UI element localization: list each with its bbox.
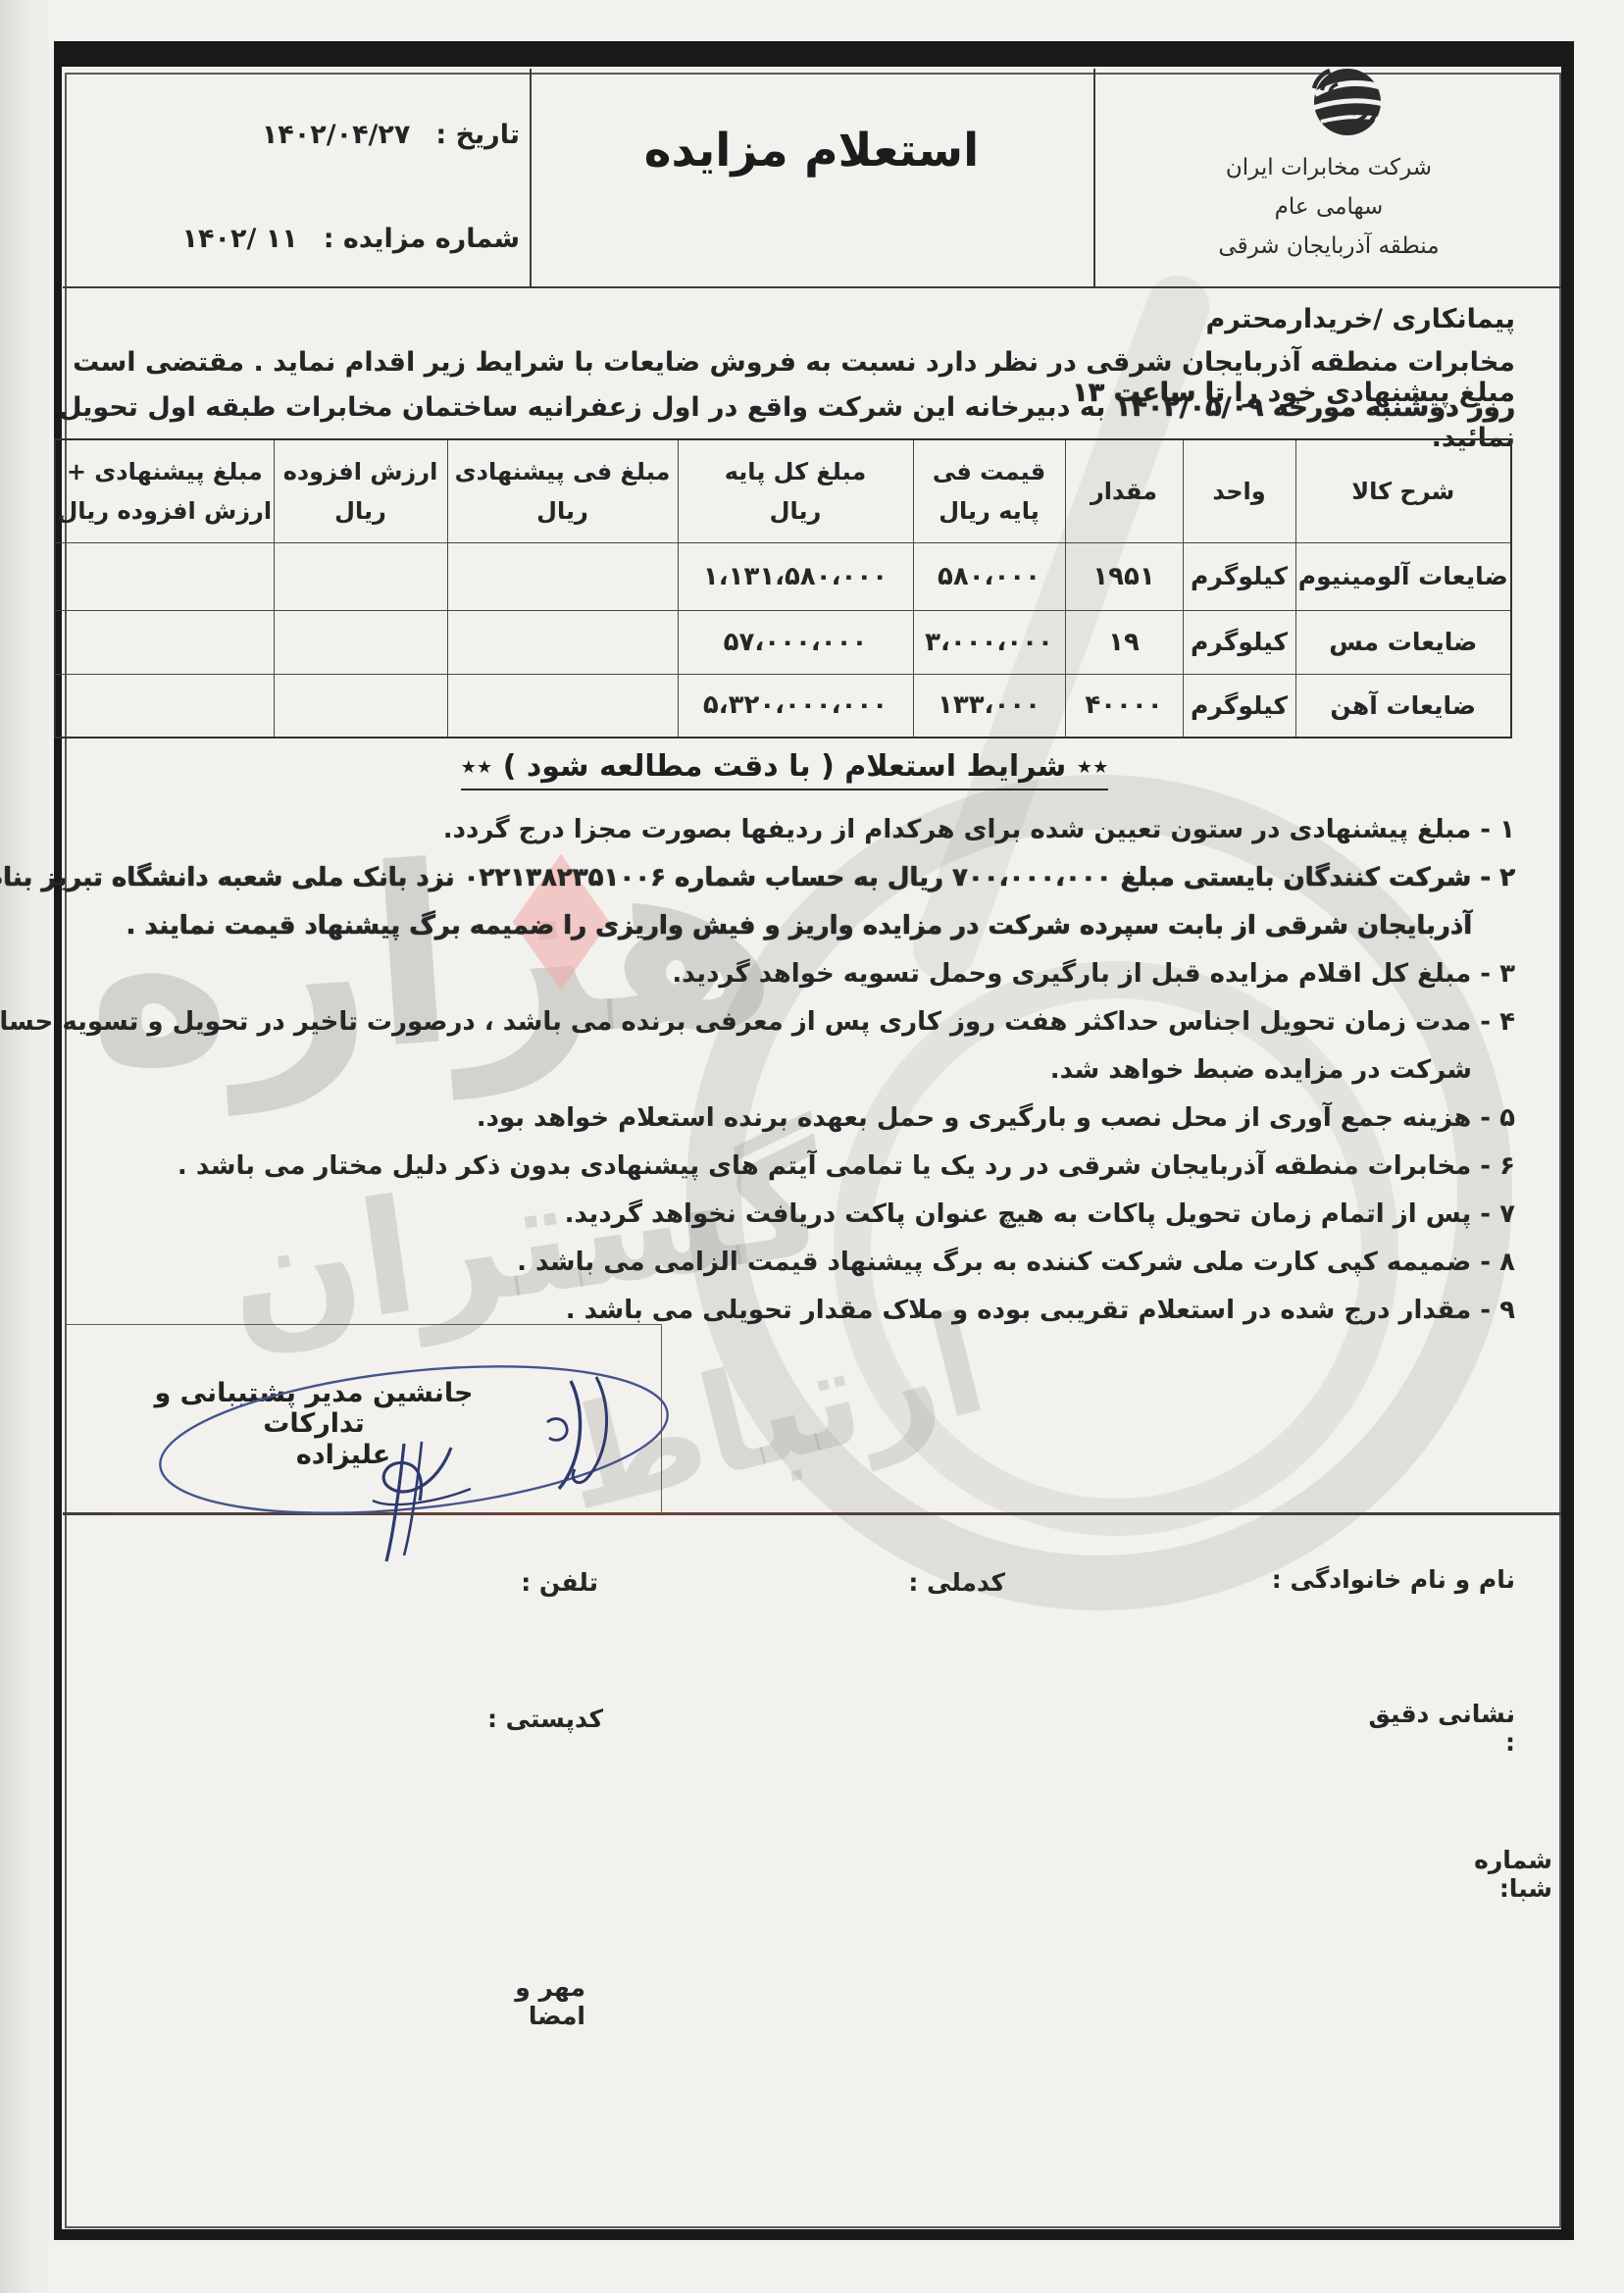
tender-number-label: شماره مزایده :: [324, 224, 520, 254]
company-type: سهامی عام: [1098, 194, 1559, 220]
address-label: نشانی دقیق :: [1351, 1700, 1515, 1757]
cell-base-total: ۵۷،۰۰۰،۰۰۰: [678, 610, 913, 674]
stamp-and-signature-label: مهر و امضا: [473, 1973, 585, 2030]
cell-bid-plus-vat: [55, 542, 274, 610]
header-bottom-line: [63, 286, 1561, 288]
table-row: ضایعات آلومینیوم کیلوگرم ۱۹۵۱ ۵۸۰،۰۰۰ ۱،…: [55, 542, 1511, 610]
intro-line-2-emphasis: روز دوشنبه مورخه ۱۴۰۲/۰۵/۰۹: [1115, 392, 1515, 423]
intro-greeting: پیمانکاری /خریدارمحترم: [883, 304, 1515, 334]
header-divider-left: [530, 69, 532, 286]
items-table: شرح کالا واحد مقدار قیمت فیپایه ریال مبل…: [54, 438, 1512, 739]
table-header-row: شرح کالا واحد مقدار قیمت فیپایه ریال مبل…: [55, 439, 1511, 542]
column-header-bid-plus-vat: مبلغ پیشنهادی +ارزش افزوده ریال: [55, 439, 274, 542]
column-header-bid-unit-price: مبلغ فی پیشنهادیریال: [447, 439, 678, 542]
tender-number-value: ۱۴۰۲/ ۱۱: [182, 224, 298, 254]
column-header-vat: ارزش افزودهریال: [274, 439, 447, 542]
terms-item-2-continued: آذربایجان شرقی از بابت سپرده شرکت در مزا…: [57, 902, 1515, 950]
cell-base-total: ۱،۱۳۱،۵۸۰،۰۰۰: [678, 542, 913, 610]
scanned-tender-inquiry-document: هزاره گستران ارتباط تاریخ : ۱۴۰۲/۰۴/۲۷ ش…: [0, 0, 1624, 2293]
scan-edge-shadow: [0, 0, 49, 2293]
cell-item: ضایعات مس: [1295, 610, 1511, 674]
cell-bid-unit-price: [447, 610, 678, 674]
company-region: منطقه آذربایجان شرقی: [1098, 233, 1559, 259]
cell-item: ضایعات آهن: [1295, 674, 1511, 738]
cell-unit: کیلوگرم: [1183, 542, 1295, 610]
cell-base-unit-price: ۵۸۰،۰۰۰: [913, 542, 1065, 610]
tender-number-row: شماره مزایده : ۱۴۰۲/ ۱۱: [182, 224, 520, 254]
signature-ink-icon: [147, 1353, 706, 1574]
terms-title-text: ٭٭ شرایط استعلام ( با دقت مطالعه شود ) ٭…: [461, 749, 1109, 790]
cell-qty: ۱۹۵۱: [1065, 542, 1183, 610]
cell-qty: ۴۰۰۰۰: [1065, 674, 1183, 738]
cell-unit: کیلوگرم: [1183, 674, 1295, 738]
terms-item-7: ۷ - پس از اتمام زمان تحویل پاکات به هیچ …: [57, 1191, 1515, 1239]
column-header-base-total: مبلغ کل پایهریال: [678, 439, 913, 542]
terms-title: ٭٭ شرایط استعلام ( با دقت مطالعه شود ) ٭…: [294, 749, 1275, 784]
cell-base-unit-price: ۳،۰۰۰،۰۰۰: [913, 610, 1065, 674]
column-header-item: شرح کالا: [1295, 439, 1511, 542]
date-label: تاریخ :: [435, 120, 520, 150]
terms-list: ۱ - مبلغ پیشنهادی در ستون تعیین شده برای…: [57, 806, 1515, 1335]
terms-item-1: ۱ - مبلغ پیشنهادی در ستون تعیین شده برای…: [57, 806, 1515, 854]
table-row: ضایعات آهن کیلوگرم ۴۰۰۰۰ ۱۳۳،۰۰۰ ۵،۳۲۰،۰…: [55, 674, 1511, 738]
cell-bid-unit-price: [447, 674, 678, 738]
national-id-label: کدملی :: [868, 1568, 1005, 1597]
cell-vat: [274, 674, 447, 738]
terms-item-4-continued: شرکت در مزایده ضبط خواهد شد.: [57, 1046, 1515, 1095]
header-divider-right: [1093, 69, 1095, 286]
terms-item-5: ۵ - هزینه جمع آوری از محل نصب و بارگیری …: [57, 1095, 1515, 1143]
sheba-label: شماره شبا:: [1420, 1846, 1552, 1903]
column-header-base-unit-price: قیمت فیپایه ریال: [913, 439, 1065, 542]
company-name: شرکت مخابرات ایران: [1098, 155, 1559, 180]
cell-vat: [274, 542, 447, 610]
items-table-wrap: شرح کالا واحد مقدار قیمت فیپایه ریال مبل…: [54, 438, 1512, 739]
terms-item-3: ۳ - مبلغ کل اقلام مزایده قبل از بارگیری …: [57, 950, 1515, 998]
fullname-label: نام و نام خانوادگی :: [1206, 1565, 1515, 1594]
terms-item-8: ۸ - ضمیمه کپی کارت ملی شرکت کننده به برگ…: [57, 1239, 1515, 1287]
cell-vat: [274, 610, 447, 674]
cell-bid-unit-price: [447, 542, 678, 610]
cell-qty: ۱۹: [1065, 610, 1183, 674]
column-header-qty: مقدار: [1065, 439, 1183, 542]
terms-item-6: ۶ - مخابرات منطقه آذربایجان شرقی در رد ی…: [57, 1143, 1515, 1191]
terms-item-2: ۲ - شرکت کنندگان بایستی مبلغ ۷۰۰،۰۰۰،۰۰۰…: [57, 854, 1515, 902]
cell-item: ضایعات آلومینیوم: [1295, 542, 1511, 610]
date-row: تاریخ : ۱۴۰۲/۰۴/۲۷: [262, 120, 520, 150]
table-row: ضایعات مس کیلوگرم ۱۹ ۳،۰۰۰،۰۰۰ ۵۷،۰۰۰،۰۰…: [55, 610, 1511, 674]
cell-unit: کیلوگرم: [1183, 610, 1295, 674]
page-title: استعلام مزایده: [530, 124, 1093, 178]
date-value: ۱۴۰۲/۰۴/۲۷: [262, 120, 411, 150]
cell-bid-plus-vat: [55, 610, 274, 674]
terms-item-4: ۴ - مدت زمان تحویل اجناس حداکثر هفت روز …: [57, 998, 1515, 1046]
cell-base-total: ۵،۳۲۰،۰۰۰،۰۰۰: [678, 674, 913, 738]
cell-bid-plus-vat: [55, 674, 274, 738]
cell-base-unit-price: ۱۳۳،۰۰۰: [913, 674, 1065, 738]
column-header-unit: واحد: [1183, 439, 1295, 542]
postal-code-label: کدپستی :: [481, 1705, 603, 1733]
tci-logo-icon: [1300, 57, 1391, 141]
